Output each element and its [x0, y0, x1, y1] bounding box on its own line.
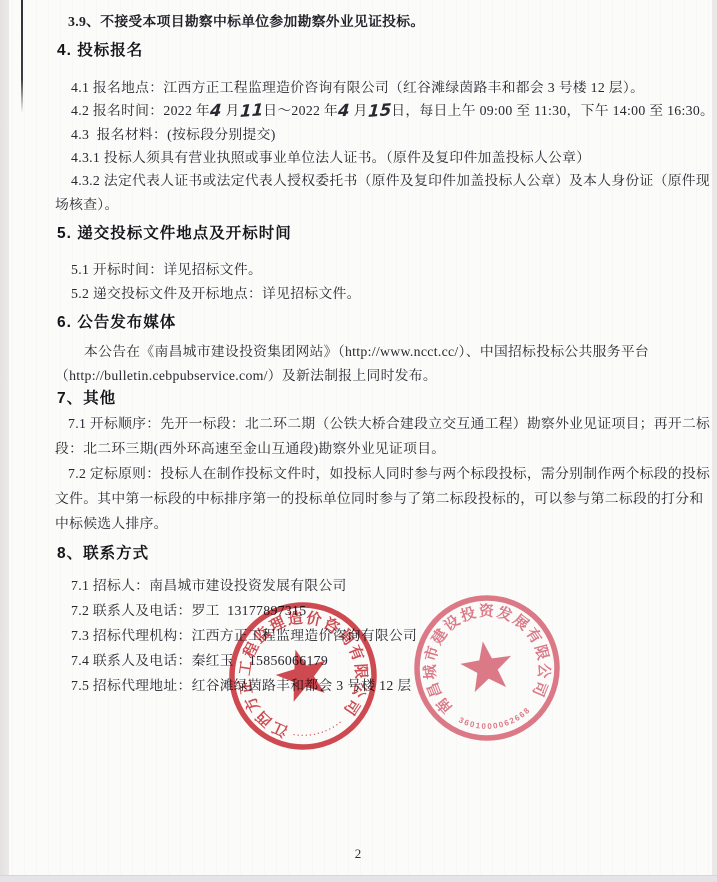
text-line: 4.1 报名地点：江西方正工程监理造价咨询有限公司（红谷滩绿茵路丰和都会 3 号… [71, 79, 644, 97]
text-line: 4.3.1 投标人须具有营业执照或事业单位法人证书。（原件及复印件加盖投标人公章… [71, 149, 590, 167]
agency-seal-serial: ············· [290, 716, 347, 745]
scan-artifact-line [21, 0, 23, 113]
text-line: 7.3 招标代理机构：江西方正工程监理造价咨询有限公司 [71, 627, 417, 645]
tenderer-seal-stamp: 南昌城市建设投资发展有限公司3601000062668 [390, 571, 585, 766]
document-page: 3.9、不接受本项目勘察中标单位参加勘察外业见证投标。4. 投标报名4.1 报名… [0, 0, 717, 882]
text-line: 7.4 联系人及电话：秦红玉 15856066179 [71, 652, 328, 670]
text-line: 7.1 招标人：南昌城市建设投资发展有限公司 [71, 577, 347, 595]
text-line: 4.2 报名时间：2022 年4 月11日～2022 年4 月15日，每日上午 … [71, 102, 714, 120]
text-line: 4.3 报名材料：(按标段分别提交) [71, 126, 276, 144]
section-heading: 8、联系方式 [57, 545, 149, 563]
section-heading: 4. 投标报名 [57, 42, 143, 60]
text-line: 7.2 定标原则：投标人在制作投标文件时，如投标人同时参与两个标段投标，需分别制… [68, 465, 710, 483]
text-segment: 月 [222, 103, 240, 118]
tenderer-seal-serial: 3601000062668 [456, 704, 534, 736]
page-edge-left [0, 0, 9, 882]
text-line: （http://bulletin.cebpubservice.com/）及新法制… [55, 367, 437, 385]
page-edge-bottom [0, 875, 717, 882]
section-heading: 7、其他 [57, 390, 116, 408]
text-line: 段：北二环三期(西外环高速至金山互通段)勘察外业见证项目。 [55, 440, 445, 458]
handwritten-date: 4 [338, 103, 351, 120]
star-icon [457, 637, 515, 693]
section-heading: 6. 公告发布媒体 [57, 314, 176, 332]
tenderer-seal-arc-text: 南昌城市建设投资发展有限公司 [411, 592, 559, 720]
section-heading: 5. 递交投标文件地点及开标时间 [57, 225, 292, 243]
text-line: 7.2 联系人及电话：罗工 13177897315 [71, 602, 306, 620]
text-line: 4.3.2 法定代表人证书或法定代表人授权委托书（原件及复印件加盖投标人公章）及… [71, 172, 710, 190]
text-segment: 日～2022 年 [263, 103, 338, 118]
handwritten-date: 11 [239, 102, 264, 120]
text-line: 场核查）。 [55, 196, 119, 214]
handwritten-date: 15 [367, 102, 392, 120]
text-line: 3.9、不接受本项目勘察中标单位参加勘察外业见证投标。 [68, 13, 424, 31]
text-line: 中标候选人排序。 [55, 515, 168, 533]
text-line: 7.1 开标顺序：先开一标段：北二环二期（公铁大桥合建段立交互通工程）勘察外业见… [68, 415, 710, 433]
text-segment: 日，每日上午 09:00 至 11:30，下午 14:00 至 16:30。 [391, 103, 714, 118]
text-line: 本公告在《南昌城市建设投资集团网站》（http://www.ncct.cc/）、… [84, 343, 649, 361]
page-number: 2 [0, 846, 717, 862]
page-edge-right [712, 0, 717, 882]
text-line: 文件。其中第一标段的中标排序第一的投标单位同时参与了第二标段投标的，可以参与第二… [55, 490, 703, 508]
handwritten-date: 4 [209, 103, 222, 120]
text-line: 5.1 开标时间：详见招标文件。 [71, 261, 262, 279]
text-segment: 月 [350, 103, 368, 118]
text-segment: 4.2 报名时间：2022 年 [71, 103, 210, 118]
text-line: 7.5 招标代理地址：红谷滩绿茵路丰和都会 3 号楼 12 层 [71, 677, 411, 695]
text-line: 5.2 递交投标文件及开标地点：详见招标文件。 [71, 285, 361, 303]
